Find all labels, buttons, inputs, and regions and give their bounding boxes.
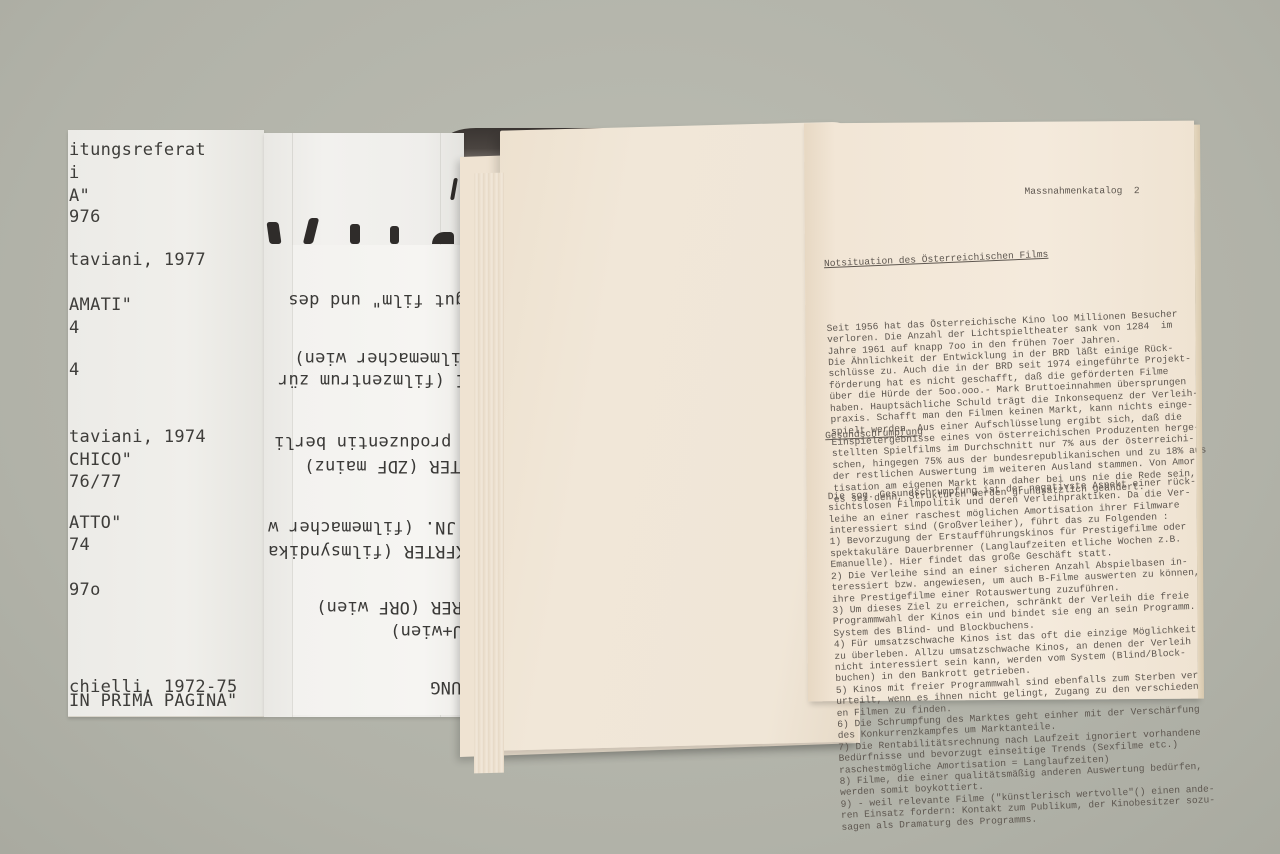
catalog-line: AMATI" <box>69 295 132 315</box>
photo-scene: itungsreferatiA"976taviani, 1977AMATI"44… <box>0 0 1280 854</box>
inverted-credit-line: gut film" und des <box>288 290 465 310</box>
inner-white-sheet <box>292 245 479 715</box>
page-header: Massnahmenkatalog 2 <box>1024 185 1139 197</box>
catalog-line: 76/77 <box>69 472 122 492</box>
catalog-line: A" <box>69 186 90 206</box>
section-title: Gesundschrumpfung <box>825 415 1185 441</box>
catalog-line: 4 <box>69 360 80 380</box>
catalog-line: 74 <box>69 535 90 555</box>
left-catalog-page: itungsreferatiA"976taviani, 1977AMATI"44… <box>68 130 264 717</box>
catalog-line: 4 <box>69 318 80 338</box>
catalog-line: itungsreferat <box>69 140 206 160</box>
catalog-line: IN PRIMA PAGINA" <box>69 691 238 711</box>
large-letter-fragment <box>390 226 399 244</box>
section-title: Notsituation des Österreichischen Films <box>824 243 1184 269</box>
catalog-line: 976 <box>69 207 101 227</box>
right-typed-page: Massnahmenkatalog 2 Notsituation des Öst… <box>804 121 1198 702</box>
catalog-line: ATTO" <box>69 513 122 533</box>
catalog-line: 97o <box>69 580 101 600</box>
large-letter-fragment <box>350 224 360 244</box>
catalog-line: CHICO" <box>69 450 132 470</box>
section-gesundschrumpfung: Gesundschrumpfung Die sog. Gesundschrump… <box>824 392 1202 854</box>
section-body: Die sog. Gesundschrumpfung ist der negat… <box>827 476 1201 833</box>
catalog-line: i <box>69 163 80 183</box>
catalog-line: taviani, 1977 <box>69 250 206 270</box>
catalog-line: taviani, 1974 <box>69 427 206 447</box>
